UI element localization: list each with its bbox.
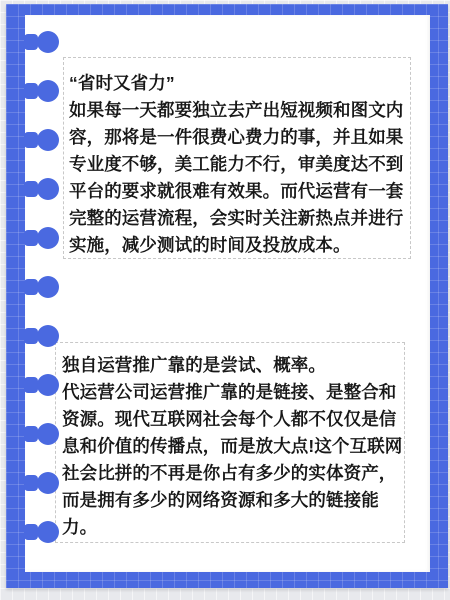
binder-ring-icon xyxy=(24,227,60,249)
text-line: 独自运营推广靠的是尝试、概率。 xyxy=(62,352,398,379)
text-line: 社会比拼的不再是你占有多少的实体资产， xyxy=(62,460,398,487)
binder-ring-knob xyxy=(37,276,59,298)
binder-ring-icon xyxy=(24,325,60,347)
binder-ring-icon xyxy=(24,80,60,102)
text-line: 代运营公司运营推广靠的是链接、是整合和 xyxy=(62,379,398,406)
text-line: 息和价值的传播点，而是放大点!这个互联网 xyxy=(62,433,398,460)
notebook-paper: “省时又省力”如果每一天都要独立去产出短视频和图文内容，那将是一件很费心费力的事… xyxy=(25,15,430,572)
binder-ring-icon xyxy=(24,276,60,298)
binder-ring-knob xyxy=(37,521,59,543)
text-line: 如果每一天都要独立去产出短视频和图文内 xyxy=(69,97,405,124)
binder-ring-knob xyxy=(37,472,59,494)
text-line: 专业度不够，美工能力不行，审美度达不到 xyxy=(69,151,405,178)
binder-ring-knob xyxy=(37,423,59,445)
text-line: 平台的要求就很难有效果。而代运营有一套 xyxy=(69,178,405,205)
text-line: 完整的运营流程，会实时关注新热点并进行 xyxy=(69,205,405,232)
binder-ring-knob xyxy=(37,129,59,151)
text-line: 实施，减少测试的时间及投放成本。 xyxy=(69,232,405,259)
binder-ring-icon xyxy=(24,31,60,53)
binder-ring-icon xyxy=(24,374,60,396)
binder-ring-knob xyxy=(37,227,59,249)
text-line: 而是拥有多少的网络资源和多大的链接能 xyxy=(62,487,398,514)
binder-ring-icon xyxy=(24,423,60,445)
text-card-1: “省时又省力”如果每一天都要独立去产出短视频和图文内容，那将是一件很费心费力的事… xyxy=(63,57,411,259)
notebook-image: “省时又省力”如果每一天都要独立去产出短视频和图文内容，那将是一件很费心费力的事… xyxy=(0,0,450,600)
binder-ring-icon xyxy=(24,178,60,200)
binder-ring-knob xyxy=(37,374,59,396)
text-line: 力。 xyxy=(62,514,398,541)
binder-ring-icon xyxy=(24,521,60,543)
text-line: “省时又省力” xyxy=(69,70,405,97)
text-card-2: 独自运营推广靠的是尝试、概率。代运营公司运营推广靠的是链接、是整合和资源。现代互… xyxy=(55,342,405,543)
binder-ring-icon xyxy=(24,472,60,494)
binder-ring-knob xyxy=(37,178,59,200)
text-line: 资源。现代互联网社会每个人都不仅仅是信 xyxy=(62,406,398,433)
binder-ring-knob xyxy=(37,325,59,347)
binder-ring-knob xyxy=(37,80,59,102)
binder-ring-icon xyxy=(24,129,60,151)
binder-ring-knob xyxy=(37,31,59,53)
text-line: 容，那将是一件很费心费力的事，并且如果 xyxy=(69,124,405,151)
